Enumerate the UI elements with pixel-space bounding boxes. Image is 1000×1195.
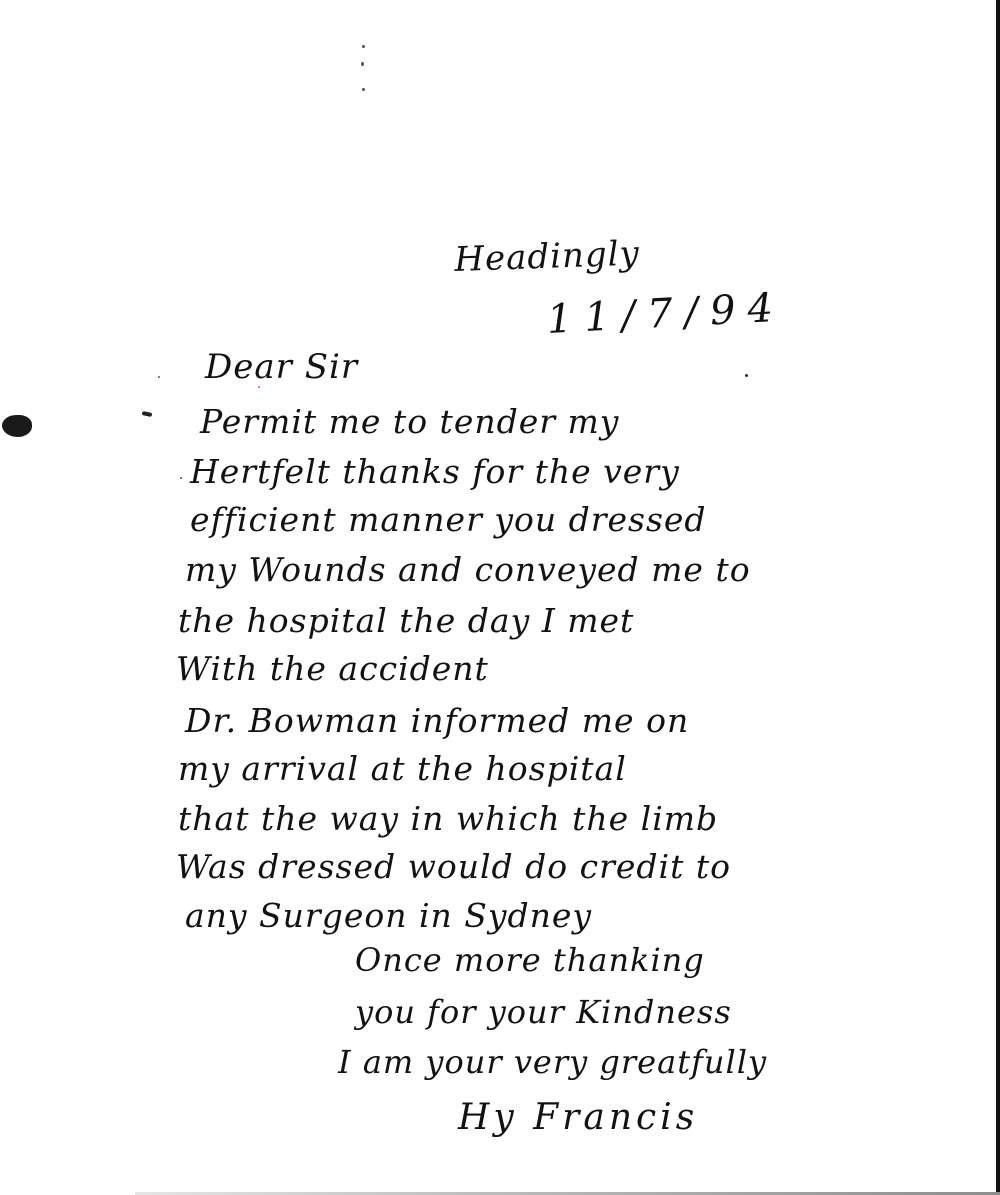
salutation: Dear Sir <box>205 350 358 384</box>
body-line: any Surgeon in Sydney <box>185 899 592 932</box>
closing-line: you for your Kindness <box>355 996 732 1028</box>
scan-speck <box>745 374 748 377</box>
signature: Hy Francis <box>458 1100 698 1136</box>
ink-blot <box>2 415 32 437</box>
body-line: my Wounds and conveyed me to <box>185 553 751 586</box>
closing-line: I am your very greatfully <box>338 1046 767 1078</box>
body-line: that the way in which the limb <box>178 802 718 835</box>
letter-page: Headingly 11/7/94 Dear Sir Permit me to … <box>0 0 1000 1195</box>
scan-speck <box>158 376 160 378</box>
scan-edge-right <box>996 0 1000 1195</box>
letter-date: 11/7/94 <box>546 288 786 340</box>
closing-line: Once more thanking <box>355 944 705 976</box>
body-line: Was dressed would do credit to <box>176 850 731 883</box>
body-line: Hertfelt thanks for the very <box>190 455 680 488</box>
scan-speck <box>362 88 365 91</box>
scan-speck <box>180 477 182 479</box>
body-line: the hospital the day I met <box>178 604 634 637</box>
scan-speck <box>361 62 364 66</box>
body-line: my arrival at the hospital <box>178 752 627 785</box>
body-line: efficient manner you dressed <box>190 503 707 536</box>
letter-place: Headingly <box>454 237 641 277</box>
scan-speck <box>362 45 365 48</box>
body-line: Dr. Bowman informed me on <box>185 704 689 737</box>
body-line: With the accident <box>176 652 489 685</box>
margin-mark <box>142 411 153 417</box>
body-line: Permit me to tender my <box>200 405 619 438</box>
